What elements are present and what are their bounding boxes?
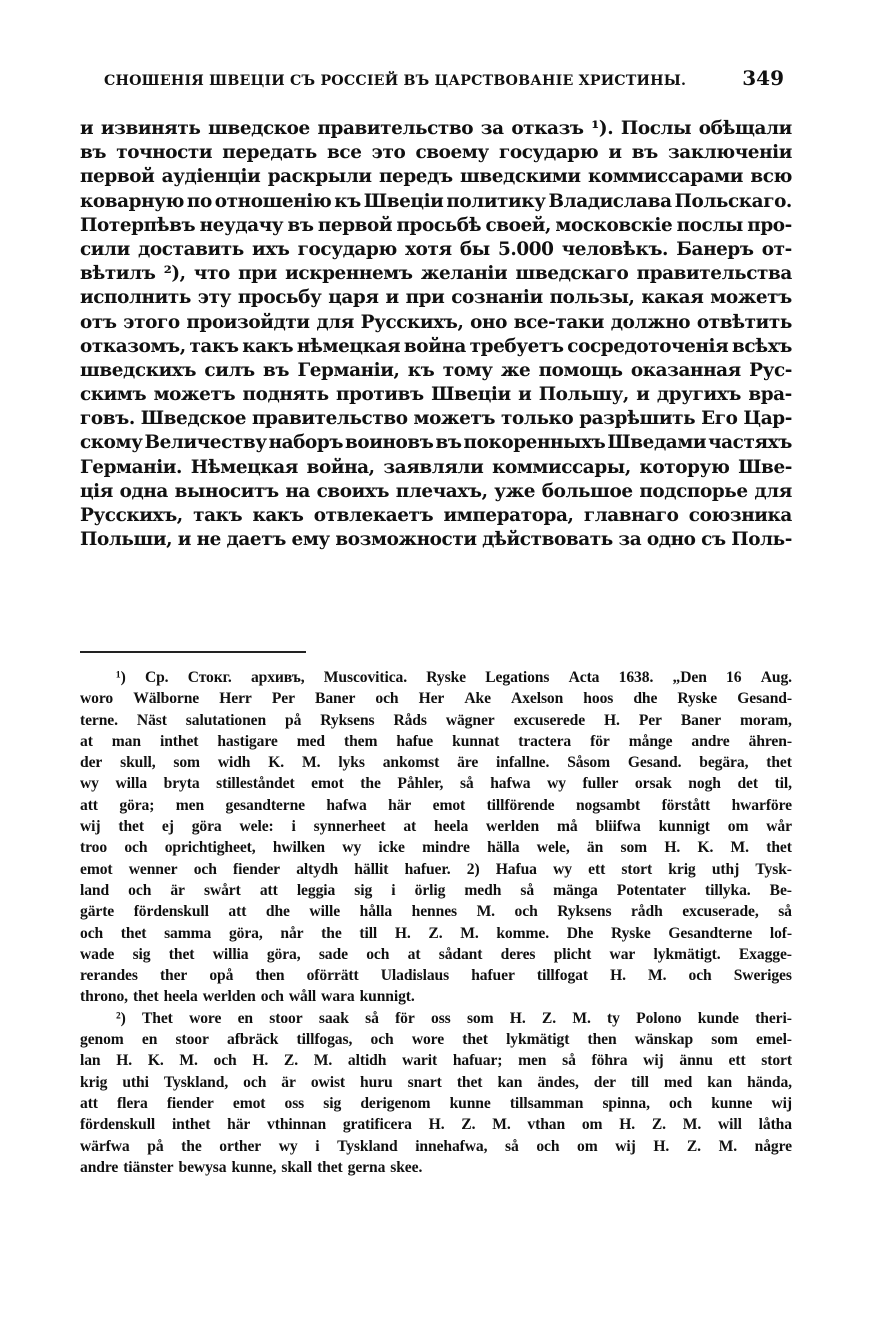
- word: hennes: [412, 901, 457, 922]
- word: wärfwa: [80, 1136, 130, 1157]
- word: государю: [298, 238, 397, 262]
- footnote-line: fördenskullinthethärvthinnangratificeraH…: [80, 1114, 792, 1135]
- word: и: [636, 383, 649, 407]
- word: какъ: [242, 335, 293, 359]
- word: Per: [639, 710, 662, 731]
- word: och: [194, 859, 217, 880]
- word: och: [371, 1029, 394, 1050]
- word: ej: [162, 816, 174, 837]
- word: mindre: [422, 837, 470, 858]
- word: flera: [117, 1093, 148, 1114]
- word: wy: [547, 773, 566, 794]
- word: H.: [653, 1136, 669, 1157]
- word: werlden: [486, 816, 539, 837]
- word: ty: [607, 1008, 620, 1029]
- word: wij: [643, 1050, 664, 1071]
- word: Z.: [428, 923, 442, 944]
- word: thet: [766, 837, 792, 858]
- word: покоренныхъ: [464, 431, 606, 455]
- word: передъ: [379, 165, 453, 189]
- word: och: [80, 923, 103, 944]
- text-line: шведскихъсилъвъГерманіи,кътомужепомощьок…: [80, 359, 792, 383]
- word: inthet: [172, 1114, 210, 1135]
- word: wy: [342, 837, 361, 858]
- word: от-: [762, 238, 792, 262]
- word: man: [112, 731, 141, 752]
- word: wij: [80, 816, 101, 837]
- word: Z.: [652, 1114, 666, 1135]
- text-line: говъ.Шведскоеправительствоможетътолькора…: [80, 407, 792, 431]
- word: и: [80, 117, 93, 141]
- word: sig: [354, 880, 372, 901]
- word: оказанная: [631, 359, 741, 383]
- word: och: [214, 1050, 237, 1071]
- word: не: [197, 528, 221, 552]
- word: wara: [321, 986, 354, 1007]
- word: наборъ: [269, 431, 343, 455]
- word: Потерпѣвъ: [80, 214, 195, 238]
- word: Axelson: [511, 688, 563, 709]
- word: оно: [470, 311, 507, 335]
- word: gerna: [348, 1157, 386, 1178]
- word: Польшу,: [539, 383, 629, 407]
- word: M.: [731, 837, 749, 858]
- word: wenner: [129, 859, 178, 880]
- word: исполнить: [80, 286, 191, 310]
- word: lyks: [338, 752, 364, 773]
- footnote-line: landochärswårtattleggiasigiörligmedhsåmä…: [80, 880, 792, 901]
- word: что: [194, 262, 230, 286]
- word: за: [618, 528, 641, 552]
- word: bewysa: [179, 1157, 227, 1178]
- word: для: [316, 311, 354, 335]
- word: Германіи.: [80, 456, 182, 480]
- word: Per: [272, 688, 295, 709]
- word: om: [728, 816, 749, 837]
- word: человѣкъ.: [562, 238, 668, 262]
- word: oprichtigheet,: [165, 837, 256, 858]
- word: точности: [116, 141, 212, 165]
- word: Ryske: [677, 688, 717, 709]
- word: gärte: [80, 901, 114, 922]
- word: wele,: [537, 837, 570, 858]
- text-line: Польши,инедаетъемувозможностидѣйствовать…: [80, 528, 792, 552]
- word: wille: [309, 901, 340, 922]
- word: Цар-: [743, 407, 792, 431]
- word: komme.: [496, 923, 549, 944]
- word: H.: [395, 923, 411, 944]
- word: въ: [80, 141, 106, 165]
- word: oss: [431, 1008, 451, 1029]
- word: своему: [416, 141, 489, 165]
- word: stort: [761, 1050, 792, 1071]
- word: Ryksens: [320, 710, 374, 731]
- word: Polono: [636, 1008, 681, 1029]
- word: H.: [619, 1114, 635, 1135]
- word: rerandes: [80, 965, 138, 986]
- word: вѣтилъ: [80, 262, 155, 286]
- word: stoor: [176, 1029, 209, 1050]
- word: ännu: [679, 1050, 712, 1071]
- word: heela: [164, 986, 198, 1007]
- word: уже: [494, 480, 535, 504]
- word: hällit: [354, 859, 388, 880]
- word: K.: [148, 1050, 164, 1071]
- footnote-line: andretiänsterbewysakunne,skallthetgernas…: [80, 1157, 792, 1178]
- word: Ake: [464, 688, 491, 709]
- word: så: [505, 1136, 519, 1157]
- word: Näst: [137, 710, 167, 731]
- word: heela: [434, 816, 468, 837]
- word: все-таки: [514, 311, 604, 335]
- word: Tyskland,: [164, 1072, 228, 1093]
- word: i: [315, 1136, 319, 1157]
- word: kunne: [711, 1093, 752, 1114]
- word: hafwa: [490, 773, 530, 794]
- word: требуетъ: [470, 335, 564, 359]
- word: поднять: [243, 383, 329, 407]
- word: innehafwa,: [415, 1136, 487, 1157]
- word: Швеціи: [431, 383, 511, 407]
- word: att: [80, 1093, 98, 1114]
- text-line: Русскихъ,такъкакъотвлекаетъимператора,гл…: [80, 504, 792, 528]
- word: просьбѣ: [396, 214, 481, 238]
- word: mänga: [553, 880, 598, 901]
- word: должно: [611, 311, 690, 335]
- word: sig: [133, 944, 151, 965]
- word: fuller: [583, 773, 619, 794]
- word: terne.: [80, 710, 118, 731]
- word: wy: [80, 773, 99, 794]
- main-text: иизвинятьшведскоеправительствозаотказъ¹)…: [80, 117, 792, 552]
- text-line: ціяоднавыноситънасвоихъплечахъ,ужебольшо…: [80, 480, 792, 504]
- word: дѣйствовать: [482, 528, 613, 552]
- word: göra;: [119, 795, 154, 816]
- word: deres: [501, 944, 536, 965]
- word: för: [395, 1008, 415, 1029]
- word: thet: [118, 816, 144, 837]
- word: Польскаго.: [675, 190, 792, 214]
- text-line: Потерпѣвънеудачувъпервойпросьбѣсвоей,мос…: [80, 214, 792, 238]
- word: государю: [499, 141, 598, 165]
- word: snart: [408, 1072, 442, 1093]
- word: ändes,: [537, 1072, 578, 1093]
- footnote-line: kriguthiTyskland,ochärowisthurusnartthet…: [80, 1072, 792, 1093]
- word: все: [327, 141, 361, 165]
- word: derigenom: [360, 1093, 430, 1114]
- word: неудачу: [200, 214, 284, 238]
- word: это: [372, 141, 406, 165]
- word: Gesandterne: [668, 923, 752, 944]
- word: Z.: [461, 1114, 475, 1135]
- text-line: въточностипередатьвсеэтосвоемугосударюив…: [80, 141, 792, 165]
- word: K.: [268, 752, 284, 773]
- word: hwilken: [273, 837, 325, 858]
- footnote-line: attgöra;mengesandternehafwahäremottillfö…: [80, 795, 792, 816]
- word: ¹).: [591, 117, 613, 141]
- word: afbräck: [227, 1029, 278, 1050]
- word: въ: [632, 141, 658, 165]
- word: och: [375, 688, 398, 709]
- word: med: [664, 1072, 692, 1093]
- word: пользы,: [550, 286, 635, 310]
- word: göra,: [267, 944, 301, 965]
- word: аудіенціи: [162, 165, 261, 189]
- word: сили: [80, 238, 130, 262]
- word: одно: [647, 528, 696, 552]
- word: kunde: [698, 1008, 739, 1029]
- footnote-line: lanH.K.M.ochH.Z.M.altidhwarithafuar;mens…: [80, 1050, 792, 1071]
- word: uthj: [712, 859, 739, 880]
- word: orsak: [635, 773, 672, 794]
- word: какая: [641, 286, 703, 310]
- word: раскрыли: [268, 165, 372, 189]
- word: och: [689, 965, 712, 986]
- word: M.: [460, 923, 478, 944]
- word: Шве-: [738, 456, 792, 480]
- word: Hafua: [496, 859, 537, 880]
- word: царя: [328, 286, 378, 310]
- word: war: [610, 944, 636, 965]
- word: en: [238, 1008, 253, 1029]
- word: Германіи,: [297, 359, 399, 383]
- word: Gesand-: [737, 688, 792, 709]
- word: nogsambt: [576, 795, 640, 816]
- footnotes: ¹)Ср.Стокг.архивъ,Muscovitica.RyskeLegat…: [80, 667, 792, 1178]
- word: Ryske: [611, 923, 651, 944]
- word: wänskap: [635, 1029, 693, 1050]
- word: главнаго: [584, 504, 679, 528]
- word: Råds: [393, 710, 426, 731]
- word: och: [243, 1072, 266, 1093]
- word: по: [187, 190, 212, 214]
- word: сознаніи: [451, 286, 542, 310]
- word: Банеръ: [676, 238, 753, 262]
- word: шведскаго: [516, 262, 629, 286]
- word: lykmätigt: [506, 1029, 569, 1050]
- word: война: [404, 335, 466, 359]
- word: отношенію: [215, 190, 332, 214]
- word: huru: [360, 1072, 393, 1093]
- word: Послы: [621, 117, 691, 141]
- text-line: первойаудіенціираскрылипередъшведскимико…: [80, 165, 792, 189]
- text-line: отказомъ,такъкакънѣмецкаявойнатребуетъсо…: [80, 335, 792, 359]
- word: большое: [542, 480, 633, 504]
- word: och: [669, 1093, 692, 1114]
- text-line: вѣтилъ²),чтоприискреннемъжеланіишведскаг…: [80, 262, 792, 286]
- word: månge: [629, 731, 673, 752]
- word: kan: [707, 1072, 732, 1093]
- word: правительство: [318, 117, 474, 141]
- footnote-line: wywillabrytastilleståndetemotthePåhler,s…: [80, 773, 792, 794]
- word: Exagge-: [739, 944, 792, 965]
- word: för: [590, 731, 610, 752]
- word: någre: [755, 1136, 792, 1157]
- word: oss: [285, 1093, 305, 1114]
- word: извинять: [101, 117, 201, 141]
- word: Русскихъ,: [80, 504, 183, 528]
- word: заключеніи: [668, 141, 792, 165]
- word: Величеству: [144, 431, 266, 455]
- word: owist: [311, 1072, 345, 1093]
- word: wägner: [446, 710, 495, 731]
- word: императора,: [444, 504, 574, 528]
- word: отвлекаетъ: [314, 504, 434, 528]
- word: помощь: [539, 359, 623, 383]
- word: въ: [263, 359, 289, 383]
- word: доставить: [138, 238, 244, 262]
- word: som: [620, 837, 647, 858]
- word: заявляли: [383, 456, 483, 480]
- word: ихъ: [252, 238, 290, 262]
- word: och: [124, 837, 147, 858]
- word: der: [80, 752, 102, 773]
- word: hålla: [360, 901, 392, 922]
- word: какъ: [252, 504, 303, 528]
- word: H.: [604, 710, 620, 731]
- word: хотя: [405, 238, 452, 262]
- word: Рус-: [749, 359, 792, 383]
- word: thet: [317, 1157, 343, 1178]
- word: Tysk-: [755, 859, 791, 880]
- word: первой: [80, 165, 154, 189]
- word: ²),: [164, 262, 186, 286]
- word: will: [718, 1114, 742, 1135]
- word: другихъ: [657, 383, 741, 407]
- word: шведское: [208, 117, 310, 141]
- word: förstått: [662, 795, 711, 816]
- word: сосредоточенія: [567, 335, 728, 359]
- word: Såsom: [567, 752, 610, 773]
- word: then: [255, 965, 284, 986]
- word: же: [501, 359, 530, 383]
- word: Поль-: [731, 528, 792, 552]
- word: så: [520, 880, 534, 901]
- word: emot: [311, 773, 344, 794]
- text-line: силидоставитьихъгосударюхотябы5.000челов…: [80, 238, 792, 262]
- word: къ: [408, 359, 435, 383]
- word: fiender: [167, 1093, 214, 1114]
- word: Ryske: [426, 667, 466, 688]
- word: M.: [683, 1114, 701, 1135]
- word: en: [142, 1029, 157, 1050]
- word: andre: [691, 731, 729, 752]
- word: отъ: [80, 311, 117, 335]
- word: при: [238, 262, 277, 286]
- word: отказъ: [511, 117, 583, 141]
- word: örlig: [415, 880, 446, 901]
- word: wij: [771, 1093, 792, 1114]
- word: всѣхъ: [732, 335, 792, 359]
- footnote-line: trooochoprichtigheet,hwilkenwyickemindre…: [80, 837, 792, 858]
- word: the: [321, 923, 342, 944]
- word: hafwa: [326, 795, 366, 816]
- word: warit: [402, 1050, 437, 1071]
- page-number: 349: [742, 66, 784, 90]
- word: всю: [750, 165, 792, 189]
- word: Его: [701, 407, 737, 431]
- word: når: [280, 923, 303, 944]
- word: Владислава: [548, 190, 671, 214]
- word: kunne,: [231, 1157, 276, 1178]
- word: частяхъ: [708, 431, 792, 455]
- word: Польши,: [80, 528, 172, 552]
- word: M.: [572, 1008, 590, 1029]
- footnote-separator: [80, 651, 306, 653]
- word: передать: [222, 141, 317, 165]
- word: och: [366, 944, 389, 965]
- word: göra,: [229, 923, 263, 944]
- footnote-line: ochthetsammagöra,nårthetillH.Z.M.komme.D…: [80, 923, 792, 944]
- word: göra: [192, 816, 222, 837]
- word: эту: [198, 286, 231, 310]
- word: skee.: [390, 1157, 422, 1178]
- footnote-line: throno,thetheelawerldenochwållwarakunnig…: [80, 986, 792, 1007]
- word: på: [147, 1136, 163, 1157]
- word: шведскихъ: [80, 359, 196, 383]
- footnote-line: derskull,somwidhK.M.lyksankomstäreinfall…: [80, 752, 792, 773]
- word: къ: [334, 190, 361, 214]
- word: M.: [314, 1050, 332, 1071]
- word: H.: [610, 965, 626, 986]
- word: hafuar;: [453, 1050, 503, 1071]
- word: шведскими: [460, 165, 581, 189]
- word: i: [391, 880, 395, 901]
- word: men: [176, 795, 204, 816]
- word: Uladislaus: [381, 965, 449, 986]
- word: и: [385, 286, 398, 310]
- word: H.: [116, 1050, 132, 1071]
- word: Sweriges: [734, 965, 792, 986]
- word: разрѣшить: [579, 407, 695, 431]
- word: желаніи: [421, 262, 507, 286]
- word: вра-: [748, 383, 792, 407]
- word: скому: [80, 431, 143, 455]
- word: можетъ: [154, 383, 236, 407]
- word: emot: [233, 1093, 266, 1114]
- word: M.: [302, 752, 320, 773]
- word: stilleståndet: [216, 773, 294, 794]
- word: коммиссары,: [492, 456, 631, 480]
- word: emot: [80, 859, 113, 880]
- word: Швеціи: [364, 190, 444, 214]
- word: за: [481, 117, 504, 141]
- word: возможности: [335, 528, 476, 552]
- word: воиновъ: [345, 431, 434, 455]
- word: sig: [323, 1093, 341, 1114]
- text-line: коварнуюпоотношеніюкъШвеціиполитикуВлади…: [80, 190, 792, 214]
- word: gratificera: [343, 1114, 412, 1135]
- word: Potentater: [617, 880, 686, 901]
- footnote-1: ¹)Ср.Стокг.архивъ,Muscovitica.RyskeLegat…: [80, 667, 792, 1008]
- word: så: [562, 1050, 576, 1071]
- word: icke: [378, 837, 404, 858]
- word: M.: [492, 1114, 510, 1135]
- text-line: иизвинятьшведскоеправительствозаотказъ¹)…: [80, 117, 792, 141]
- word: въ: [287, 214, 313, 238]
- word: Ср.: [145, 667, 169, 688]
- word: искреннемъ: [285, 262, 412, 286]
- word: wij: [615, 1136, 636, 1157]
- word: Acta: [569, 667, 600, 688]
- word: så: [460, 773, 474, 794]
- word: отказомъ,: [80, 335, 186, 359]
- word: troo: [80, 837, 107, 858]
- word: emel-: [756, 1029, 792, 1050]
- word: Tyskland: [337, 1136, 397, 1157]
- word: vthinnan: [267, 1114, 326, 1135]
- word: lof-: [770, 923, 792, 944]
